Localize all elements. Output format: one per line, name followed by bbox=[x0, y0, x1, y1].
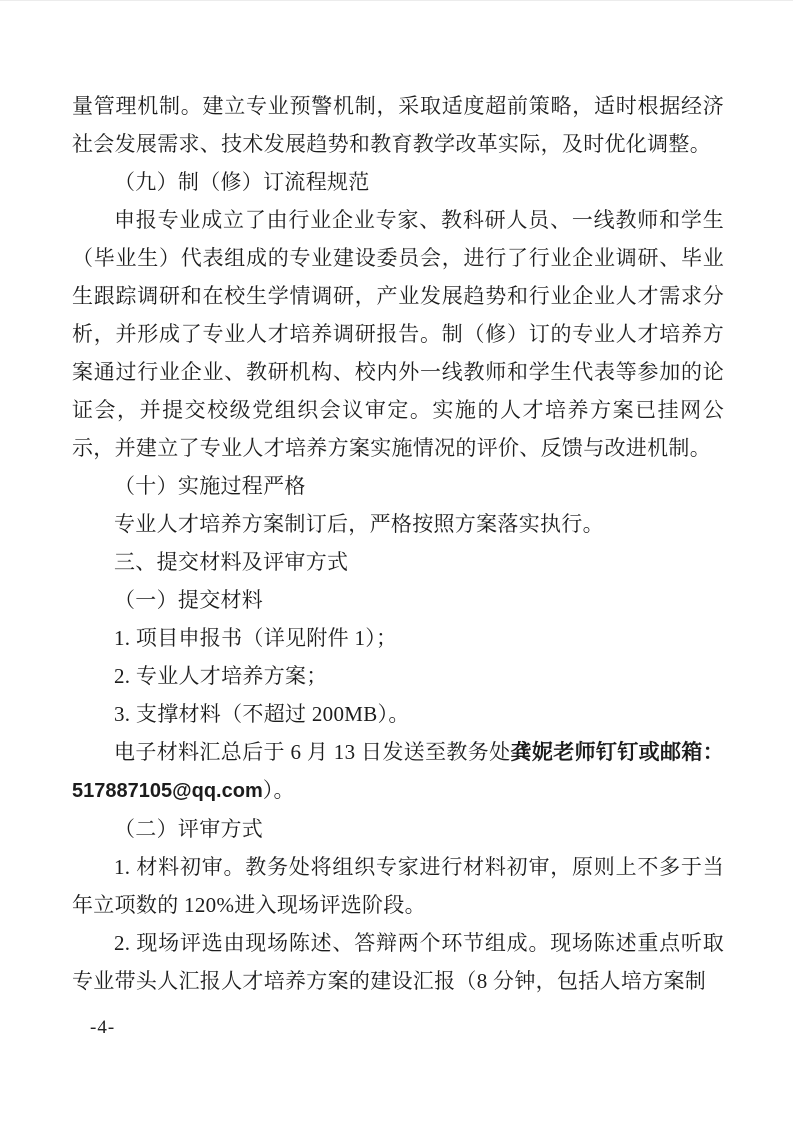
document-body: 量管理机制。建立专业预警机制，采取适度超前策略，适时根据经济社会发展需求、技术发… bbox=[72, 87, 724, 1000]
document-page: 量管理机制。建立专业预警机制，采取适度超前策略，适时根据经济社会发展需求、技术发… bbox=[0, 0, 793, 1122]
paragraph-continuation: 量管理机制。建立专业预警机制，采取适度超前策略，适时根据经济社会发展需求、技术发… bbox=[72, 87, 724, 163]
contact-text-closing: ）。 bbox=[263, 778, 295, 802]
heading-submit-materials: （一）提交材料 bbox=[72, 581, 724, 619]
list-item-2: 2. 专业人才培养方案； bbox=[72, 657, 724, 695]
paragraph-implementation: 专业人才培养方案制订后，严格按照方案落实执行。 bbox=[72, 505, 724, 543]
paragraph-review-1: 1. 材料初审。教务处将组织专家进行材料初审，原则上不多于当年立项数的 120%… bbox=[72, 848, 724, 924]
list-item-1: 1. 项目申报书（详见附件 1）； bbox=[72, 619, 724, 657]
paragraph-process: 申报专业成立了由行业企业专家、教科研人员、一线教师和学生（毕业生）代表组成的专业… bbox=[72, 201, 724, 467]
heading-review-method: （二）评审方式 bbox=[72, 810, 724, 848]
contact-text-normal: 电子材料汇总后于 6 月 13 日发送至教务处 bbox=[114, 740, 511, 764]
page-number: -4- bbox=[90, 1015, 115, 1041]
contact-teacher-bold: 龚妮老师钉钉或邮箱： bbox=[511, 740, 725, 764]
heading-section-10: （十）实施过程严格 bbox=[72, 467, 724, 505]
heading-part-3: 三、提交材料及评审方式 bbox=[72, 543, 724, 581]
contact-email: 517887105@qq.com bbox=[72, 780, 263, 802]
heading-section-9: （九）制（修）订流程规范 bbox=[72, 163, 724, 201]
paragraph-review-2: 2. 现场评选由现场陈述、答辩两个环节组成。现场陈述重点听取专业带头人汇报人才培… bbox=[72, 924, 724, 1000]
paragraph-contact: 电子材料汇总后于 6 月 13 日发送至教务处龚妮老师钉钉或邮箱：5178871… bbox=[72, 733, 724, 810]
list-item-3: 3. 支撑材料（不超过 200MB）。 bbox=[72, 695, 724, 733]
